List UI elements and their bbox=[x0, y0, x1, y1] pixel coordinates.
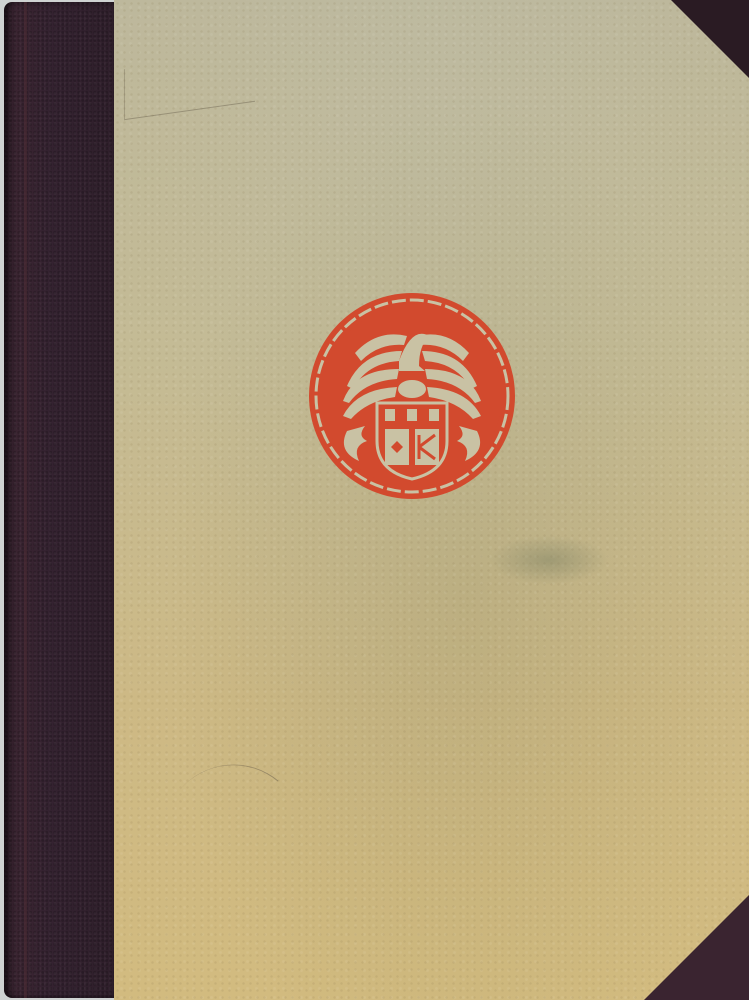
leather-corner-top bbox=[671, 0, 749, 78]
paper-scratch bbox=[179, 736, 278, 835]
leather-spine bbox=[4, 2, 114, 998]
leather-corner-bottom bbox=[644, 895, 749, 1000]
heraldic-seal-icon bbox=[307, 291, 517, 501]
book-cover bbox=[0, 0, 749, 1000]
paper-crease bbox=[124, 51, 255, 120]
spine-ridge bbox=[24, 2, 27, 998]
water-stain bbox=[489, 535, 609, 585]
